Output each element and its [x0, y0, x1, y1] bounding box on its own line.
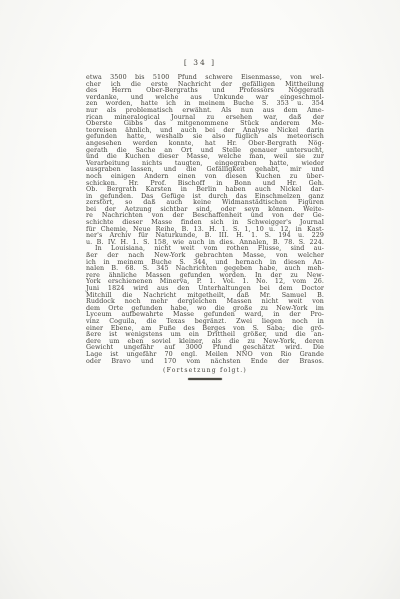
text-line: oder Bravo und 170 vom nächsten Ende der… [86, 359, 324, 366]
page-number-header: [ 34 ] [0, 58, 400, 67]
text-block: etwa 3500 bis 5100 Pfund schwere Eisenma… [86, 75, 324, 380]
paragraph-louisiana: In Louisiana, nicht weit vom rothen Flus… [86, 246, 324, 365]
scanned-book-page: [ 34 ] etwa 3500 bis 5100 Pfund schwere … [0, 0, 400, 599]
paragraph-eisenmasse-continuation: etwa 3500 bis 5100 Pfund schwere Eisenma… [86, 75, 324, 246]
continuation-note: (Fortsetzung folgt.) [86, 367, 324, 374]
section-divider-rule [188, 378, 222, 380]
